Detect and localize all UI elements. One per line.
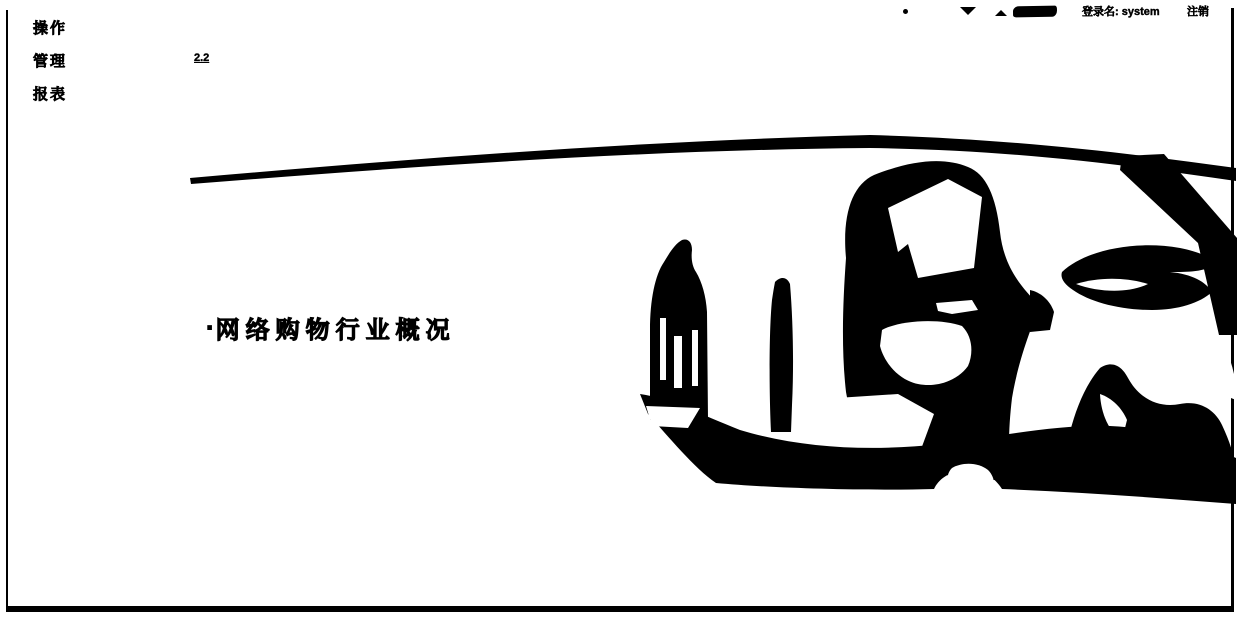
bottle-detail [674,336,682,388]
eye-shape [1061,245,1216,310]
bottle-detail [660,318,666,380]
slim-silhouette [770,278,793,432]
swoosh-curve [190,135,1236,184]
online-shopping-photo [190,135,1237,504]
bottle-silhouette [650,239,708,420]
app-window: 操作 管理 报表 2.2 登录名: system 注销 ·网络购物行业概况 [0,0,1240,617]
bottle-detail [692,330,698,386]
cheek-highlight [1213,330,1236,400]
banner-image [0,0,1240,617]
